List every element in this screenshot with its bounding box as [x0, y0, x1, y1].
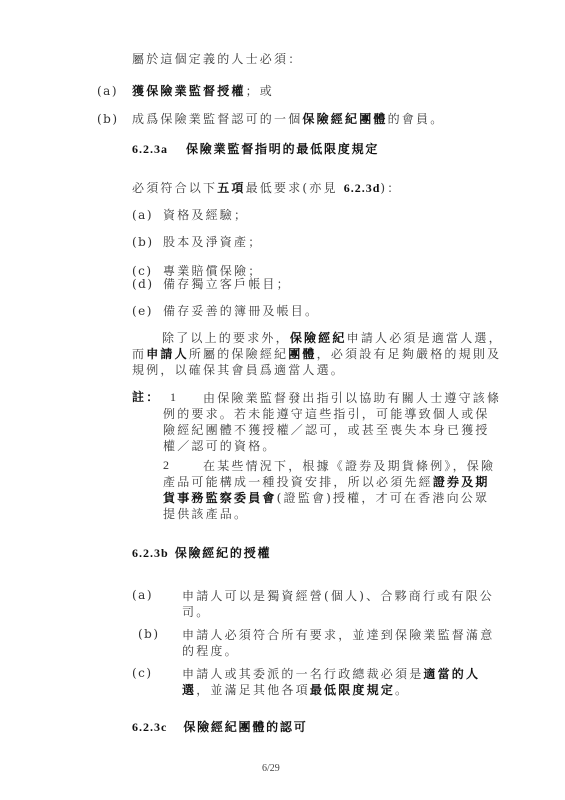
auth-b-label: (b)	[138, 627, 160, 641]
para-b3: 團體	[288, 347, 316, 361]
section-a-number: 6.2.3a	[132, 142, 168, 156]
req-a-label: (a)	[132, 208, 153, 222]
intro-item-a-suffix: ；或	[246, 84, 274, 98]
intro-item-b-post: 的會員。	[388, 112, 445, 126]
intro-line: 屬於這個定義的人士必須：	[132, 52, 302, 66]
req-d-label: (d)	[132, 277, 154, 291]
auth-a-label: (a)	[132, 588, 153, 602]
auth-c-s2: ，並滿足其他各項	[196, 683, 310, 697]
req-e-label: (e)	[132, 304, 153, 318]
lead-ref: 6.2.3d	[344, 181, 381, 195]
section-a-title: 保險業監督指明的最低限度規定	[186, 142, 379, 156]
lead-post: )：	[380, 181, 401, 195]
auth-c-b2: 最低限度規定	[310, 683, 395, 697]
intro-item-b-label: (b)	[97, 112, 119, 126]
section-c-title: 保險經紀團體的認可	[183, 720, 307, 734]
req-d-text: 備存獨立客戶帳目；	[163, 277, 291, 291]
section-a-paragraph: 除了以上的要求外，保險經紀申請人必須是適當人選，而申請人所屬的保險經紀團體，必須…	[132, 330, 504, 378]
auth-c-label: (c)	[132, 666, 153, 680]
intro-item-a-text: 獲保險業監督授權	[132, 84, 246, 98]
req-a-text: 資格及經驗；	[163, 208, 248, 222]
para-s1: 除了以上的要求外，	[162, 331, 290, 345]
para-s3: 所屬的保險經紀	[189, 347, 288, 361]
note-2-text: 在某些情況下，根據《證券及期貨條例》，保險產品可能構成一種投資安排，所以必須先經…	[163, 458, 503, 522]
section-b-number: 6.2.3b	[132, 546, 169, 560]
section-b-heading: 6.2.3b保險經紀的授權	[132, 544, 271, 561]
intro-item-a: 獲保險業監督授權；或	[132, 84, 274, 98]
para-b2: 申請人	[146, 347, 189, 361]
notes-label: 註：	[132, 390, 160, 404]
auth-c-text: 申請人或其委派的一名行政總裁必須是適當的人選，並滿足其他各項最低限度規定。	[182, 666, 504, 698]
section-a-heading: 6.2.3a保險業監督指明的最低限度規定	[132, 140, 379, 157]
intro-item-b-bold: 保險經紀團體	[302, 112, 387, 126]
intro-item-a-label: (a)	[97, 84, 118, 98]
req-c-text: 專業賠償保險；	[163, 264, 262, 278]
auth-a-text: 申請人可以是獨資經營(個人)、合夥商行或有限公司。	[182, 588, 504, 620]
req-c-label: (c)	[132, 264, 153, 278]
auth-c-s3: 。	[395, 683, 409, 697]
lead-bold: 五項	[217, 181, 245, 195]
section-b-title: 保險經紀的授權	[175, 546, 272, 560]
lead-pre: 必須符合以下	[132, 181, 217, 195]
note-1-text: 由保險業監督發出指引以協助有關人士遵守該條例的要求。若未能遵守這些指引，可能導致…	[163, 390, 503, 454]
section-c-number: 6.2.3c	[132, 720, 167, 734]
section-c-heading: 6.2.3c保險經紀團體的認可	[132, 718, 308, 735]
intro-item-b-pre: 成爲保險業監督認可的一個	[132, 112, 302, 126]
req-e-text: 備存妥善的簿冊及帳目。	[163, 304, 319, 318]
para-b1: 保險經紀	[290, 331, 347, 345]
section-a-lead: 必須符合以下五項最低要求(亦見 6.2.3d)：	[132, 181, 402, 195]
req-b-label: (b)	[132, 235, 154, 249]
auth-b-text: 申請人必須符合所有要求，並達到保險業監督滿意的程度。	[182, 627, 504, 659]
page-number: 6/29	[262, 763, 280, 774]
lead-mid: 最低要求(亦見	[246, 181, 344, 195]
intro-item-b: 成爲保險業監督認可的一個保險經紀團體的會員。	[132, 112, 444, 126]
req-b-text: 股本及淨資產；	[163, 235, 262, 249]
auth-c-s1: 申請人或其委派的一名行政總裁必須是	[182, 667, 423, 681]
